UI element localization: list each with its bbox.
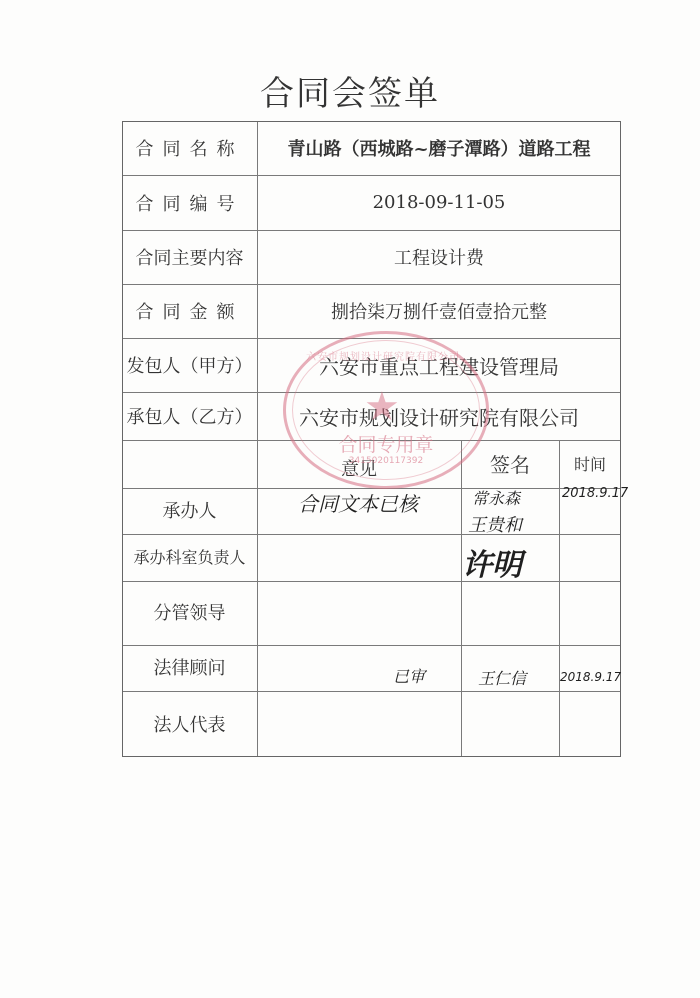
label-contract-name: 合同名称 — [122, 121, 257, 175]
label-contract-number: 合同编号 — [122, 175, 257, 230]
signature-handler-2: 王贵和 — [468, 511, 522, 537]
header-time: 时间 — [559, 440, 621, 487]
label-party-b: 承包人（乙方） — [122, 392, 257, 440]
role-legal-rep: 法人代表 — [122, 690, 257, 757]
role-legal-advisor: 法律顾问 — [122, 644, 257, 690]
role-dept-head: 承办科室负责人 — [122, 533, 257, 580]
label-contract-content: 合同主要内容 — [122, 230, 257, 284]
value-party-b: 六安市规划设计研究院有限公司 — [257, 392, 621, 440]
value-contract-content: 工程设计费 — [257, 230, 621, 284]
opinion-legal-advisor: 已审 — [393, 664, 425, 687]
signature-handler-1: 常永森 — [472, 486, 520, 509]
header-opinion: 意见 — [257, 440, 461, 487]
document-title: 合同会签单 — [0, 66, 700, 115]
role-supervisor: 分管领导 — [122, 580, 257, 644]
role-handler: 承办人 — [122, 487, 257, 533]
header-signature: 签名 — [461, 440, 559, 487]
time-handler: 2018.9.17 — [562, 486, 628, 501]
signature-dept-head: 许明 — [462, 540, 522, 584]
signature-legal-advisor: 王仁信 — [478, 666, 526, 689]
col-divider — [461, 440, 462, 756]
value-party-a: 六安市重点工程建设管理局 — [257, 338, 621, 392]
value-contract-amount: 捌拾柒万捌仟壹佰壹拾元整 — [257, 284, 621, 338]
value-contract-name: 青山路（西城路~磨子潭路）道路工程 — [257, 121, 621, 175]
label-contract-amount: 合同金额 — [122, 284, 257, 338]
opinion-handler: 合同文本已核 — [298, 488, 418, 517]
time-legal-advisor: 2018.9.17 — [560, 670, 621, 684]
col-divider — [559, 440, 560, 756]
label-party-a: 发包人（甲方） — [122, 338, 257, 392]
value-contract-number: 2018-09-11-05 — [257, 175, 621, 230]
